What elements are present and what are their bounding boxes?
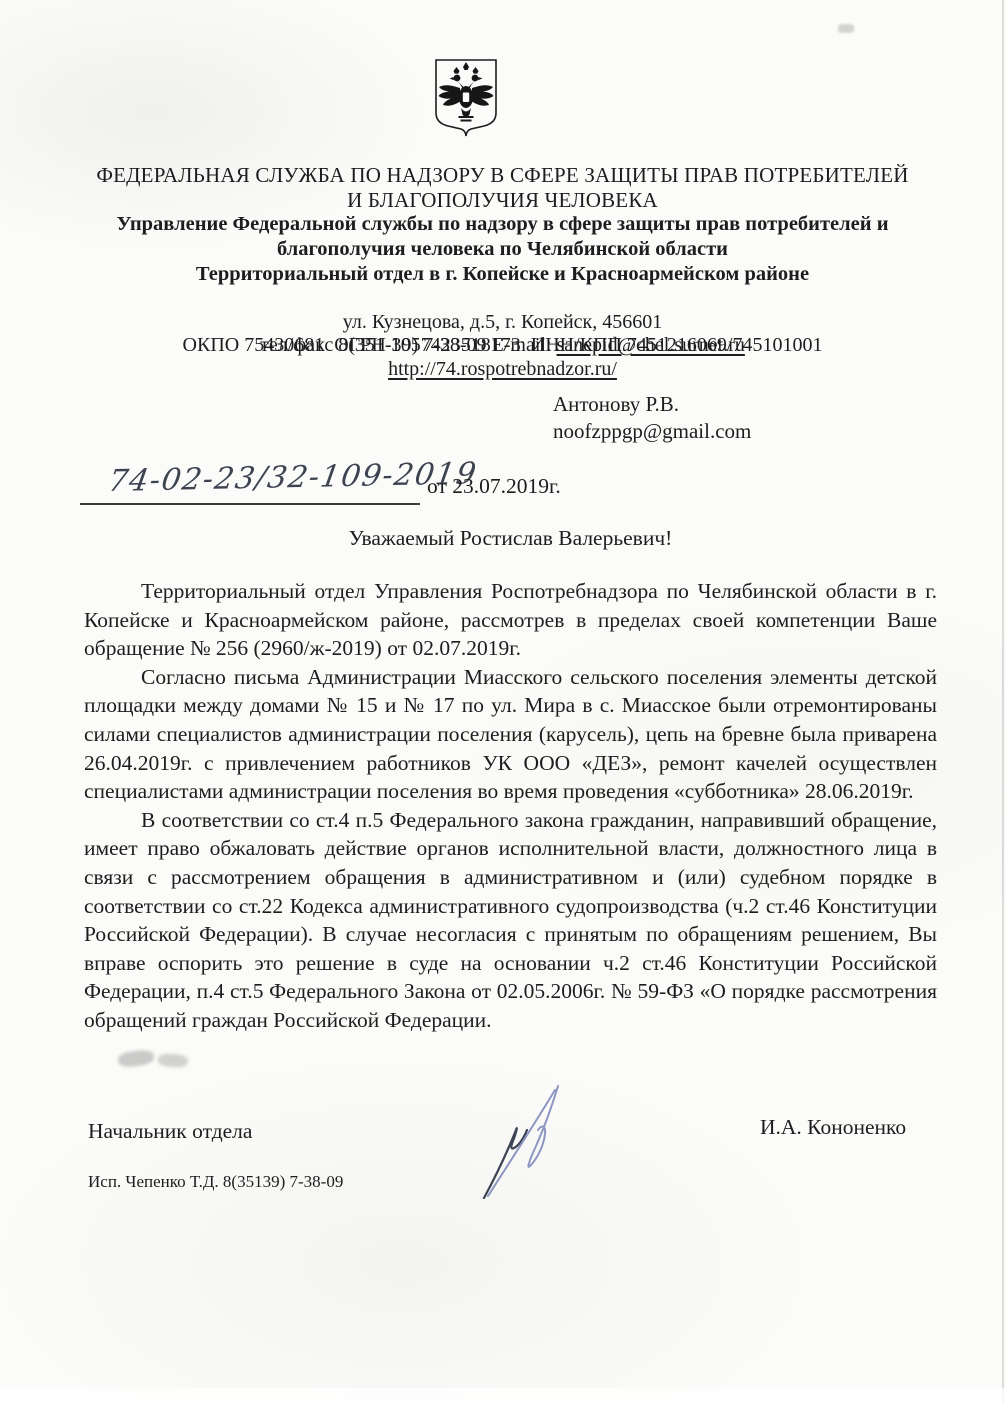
reference-number-handwritten: 74-02-23/32-109-2019 (106, 456, 480, 499)
postal-address: ул. Кузнецова, д.5, г. Копейск, 456601 (0, 311, 1005, 335)
reference-underline (80, 503, 420, 505)
recipient-name: Антонову Р.В. (553, 391, 751, 418)
body-paragraph: В соответствии со ст.4 п.5 Федерального … (84, 806, 937, 1035)
recipient-email: noofzppgp@gmail.com (553, 418, 751, 445)
reference-date: от 23.07.2019г. (427, 474, 561, 499)
executor-note: Исп. Чепенко Т.Д. 8(35139) 7-38-09 (88, 1172, 343, 1192)
recipient-block: Антонову Р.В. noofzppgp@gmail.com (553, 391, 751, 445)
website-link: http://74.rospotrebnadzor.ru/ (0, 358, 1005, 382)
territorial-department-name: Территориальный отдел в г. Копейске и Кр… (0, 262, 1005, 287)
agency-name: ФЕДЕРАЛЬНАЯ СЛУЖБА ПО НАДЗОРУ В СФЕРЕ ЗА… (0, 163, 1005, 212)
scan-bottom-strip (0, 1388, 1005, 1403)
correction-smudge (117, 1049, 155, 1068)
body-paragraph: Согласно письма Администрации Миасского … (84, 663, 937, 806)
contact-line: тел/факс 8(351-39) 7-38-09 E-mail: sanep… (0, 334, 1005, 358)
contact-email: sanepid@chel.surnet.ru (557, 334, 745, 356)
scan-artifact (838, 24, 854, 33)
phone-fax-label: тел/факс 8(351-39) 7-38-09 E-mail: (260, 334, 556, 356)
signoff-name: И.А. Кононенко (760, 1115, 906, 1140)
scanned-letter-page: ФЕДЕРАЛЬНАЯ СЛУЖБА ПО НАДЗОРУ В СФЕРЕ ЗА… (0, 0, 1005, 1403)
management-name: Управление Федеральной службы по надзору… (0, 212, 1005, 262)
letter-body: Территориальный отдел Управления Роспотр… (84, 577, 937, 1035)
signature-icon (472, 1080, 572, 1208)
salutation: Уважаемый Ростислав Валерьевич! (84, 526, 937, 551)
scan-edge-line (1002, 0, 1004, 1403)
body-paragraph: Территориальный отдел Управления Роспотр… (84, 577, 937, 663)
russian-coat-of-arms-icon (428, 57, 504, 141)
signoff-position: Начальник отдела (88, 1119, 252, 1144)
correction-smudge (158, 1053, 189, 1068)
